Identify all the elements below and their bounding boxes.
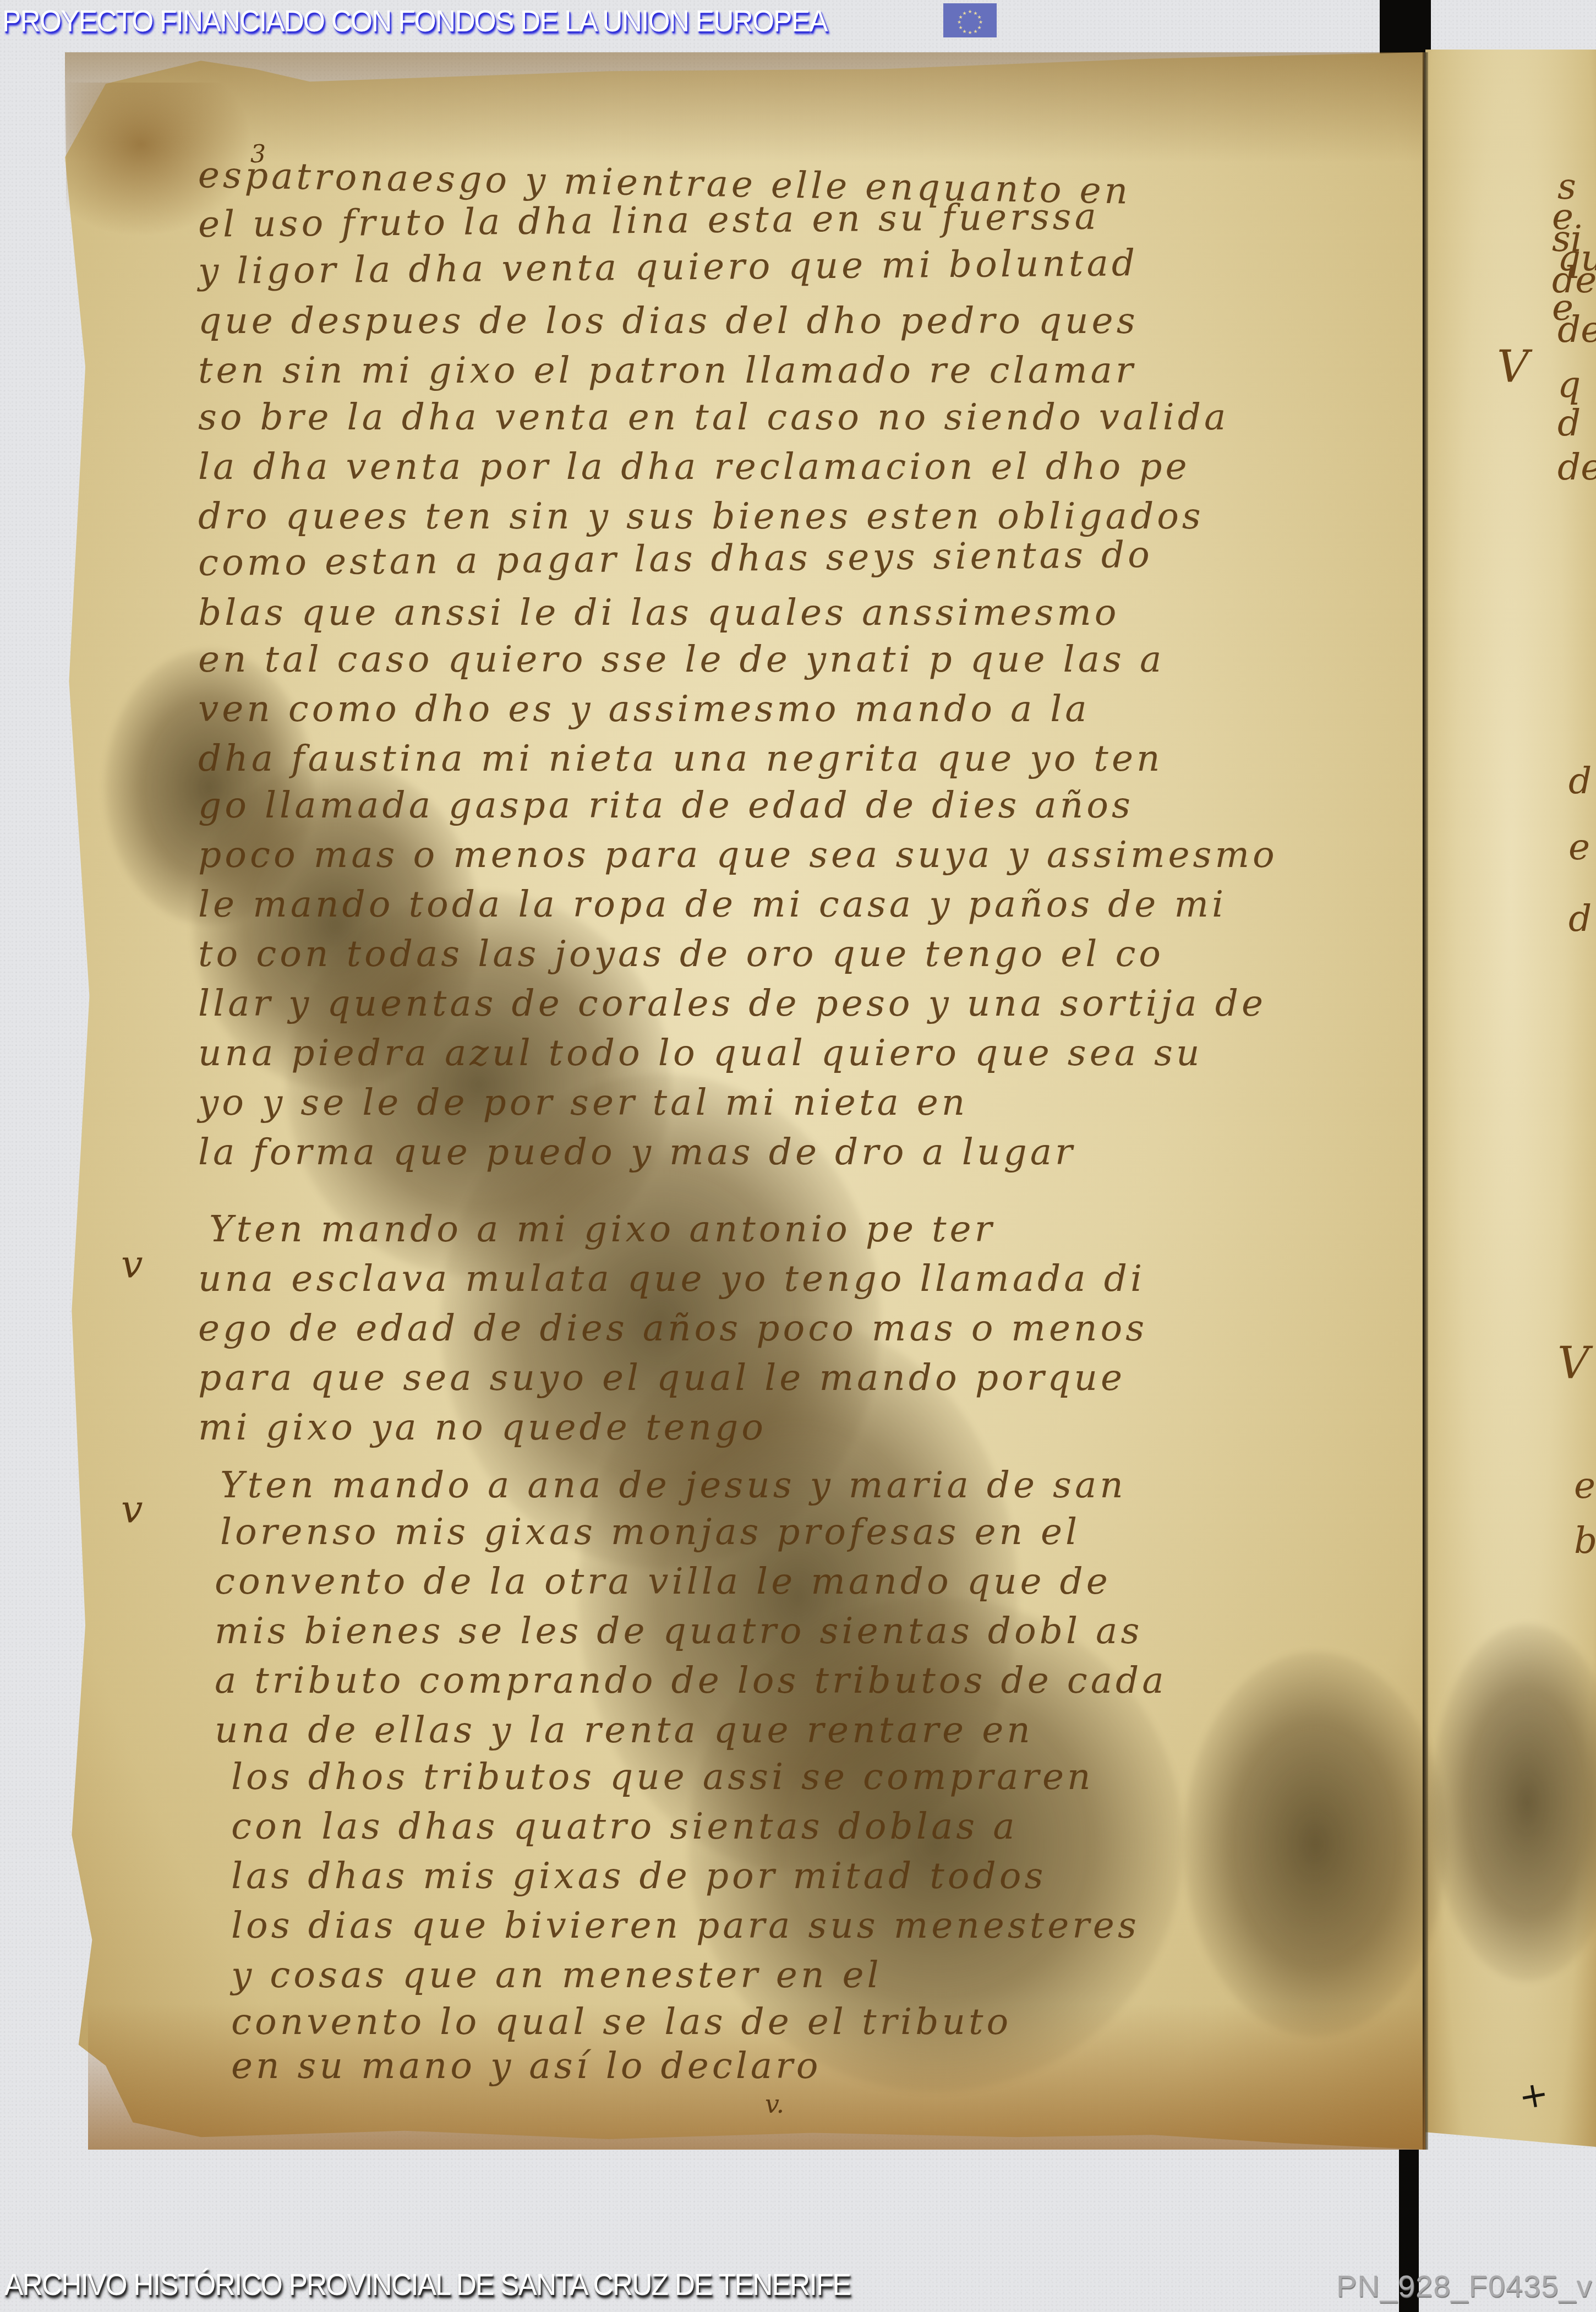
eu-stars-icon: ★ ★ ★ ★ ★ ★ ★ ★ ★ ★ ★ ★ [943,3,997,37]
manuscript-line: dha faustina mi nieta una negrita que yo… [198,740,1163,777]
manuscript-line: convento de la otra villa le mando que d… [215,1563,1111,1600]
manuscript-line: como estan a pagar las dhas seys sientas… [198,537,1153,581]
facing-page-letter: e [1574,1464,1595,1507]
manuscript-line: que despues de los dias del dho pedro qu… [198,303,1139,339]
manuscript-line: y ligor la dha venta quiero que mi bolun… [198,245,1139,290]
margin-mark: v [121,1486,143,1531]
manuscript-line: ten sin mi gixo el patron llamado re cla… [198,352,1136,389]
manuscript-line: convento lo qual se las de el tributo [231,2004,1012,2040]
svg-text:★: ★ [979,20,983,25]
manuscript-line: una esclava mulata que yo tengo llamada … [198,1261,1145,1297]
svg-text:★: ★ [958,25,963,31]
manuscript-line: dro quees ten sin y sus bienes esten obl… [198,498,1204,535]
funding-banner: PROYECTO FINANCIADO CON FONDOS DE LA UNI… [2,3,827,39]
eu-flag-icon: ★ ★ ★ ★ ★ ★ ★ ★ ★ ★ ★ ★ [943,3,997,37]
manuscript-line: una de ellas y la renta que rentare en [215,1712,1034,1748]
margin-mark: v [121,1241,143,1286]
manuscript-line: blas que anssi le di las quales anssimes… [198,595,1119,631]
svg-text:★: ★ [962,11,966,17]
manuscript-line: con las dhas quatro sientas doblas a [231,1808,1018,1845]
manuscript-line: mi gixo ya no quede tengo [198,1409,767,1446]
manuscript-line: para que sea suyo el qual le mando porqu… [198,1360,1125,1396]
svg-text:★: ★ [977,15,981,20]
manuscript-line: ego de edad de dies años poco mas o meno… [198,1310,1147,1346]
facing-page-letter: de [1557,446,1596,488]
manuscript-line: Yten mando a mi gixo antonio pe ter [209,1211,995,1247]
svg-text:★: ★ [968,30,972,36]
manuscript-line: Yten mando a ana de jesus y maria de san [220,1467,1127,1503]
water-stain [1183,1651,1447,2037]
svg-text:★: ★ [962,29,966,35]
facing-page-letter: b [1574,1519,1596,1562]
manuscript-line: el uso fruto la dha lina esta en su fuer… [198,199,1100,243]
facing-page-letter: q [1557,363,1581,406]
manuscript-line: los dias que bivieren para sus menestere… [231,1907,1140,1944]
manuscript-line: los dhos tributos que assi se compraren [231,1759,1094,1795]
manuscript-line: so bre la dha venta en tal caso no siend… [198,399,1229,435]
manuscript-line: a tributo comprando de los tributos de c… [215,1662,1167,1699]
manuscript-line: en su mano y así lo declaro [231,2048,821,2084]
manuscript-line: llar y quentas de corales de peso y una … [198,985,1266,1022]
facing-page-letter: V [1557,1338,1589,1389]
manuscript-line: lorenso mis gixas monjas profesas en el [220,1514,1080,1550]
facing-page-letter: de [1557,308,1596,351]
manuscript-line: la dha venta por la dha reclamacion el d… [198,449,1190,485]
manuscript-line: to con todas las joyas de oro que tengo … [198,936,1164,972]
manuscript-line: una piedra azul todo lo qual quiero que … [198,1035,1203,1071]
manuscript-line: go llamada gaspa rita de edad de dies añ… [198,787,1134,824]
manuscript-line: ven como dho es y assimesmo mando a la [198,691,1090,727]
manuscript-line: mis bienes se les de quatro sientas dobl… [215,1613,1143,1649]
manuscript-line: y cosas que an menester en el [231,1957,882,1993]
facing-page-letter: d [1568,760,1592,802]
svg-text:★: ★ [973,29,977,35]
svg-text:★: ★ [957,20,961,25]
archive-name: ARCHIVO HISTÓRICO PROVINCIAL DE SANTA CR… [4,2267,850,2302]
manuscript-line: las dhas mis gixas de por mitad todos [231,1858,1046,1894]
svg-text:★: ★ [968,9,972,15]
document-code: PN_928_F0435_v [1336,2270,1592,2303]
bottom-mark: v. [765,2089,784,2119]
svg-text:★: ★ [977,25,981,31]
binding-strip-top [1380,0,1431,58]
manuscript-line: yo y se le de por ser tal mi nieta en [198,1084,968,1121]
manuscript-line: la forma que puedo y mas de dro a lugar [198,1134,1076,1170]
facing-page-letter: V [1497,341,1529,392]
manuscript-line: poco mas o menos para que sea suya y ass… [198,837,1278,873]
manuscript-line: en tal caso quiero sse le de ynati p que… [198,641,1165,678]
facing-page-letter: d [1557,402,1581,444]
facing-page-letter: d [1568,897,1592,940]
manuscript-line: le mando toda la ropa de mi casa y paños… [198,886,1227,923]
facing-page-letter: e [1568,826,1590,868]
